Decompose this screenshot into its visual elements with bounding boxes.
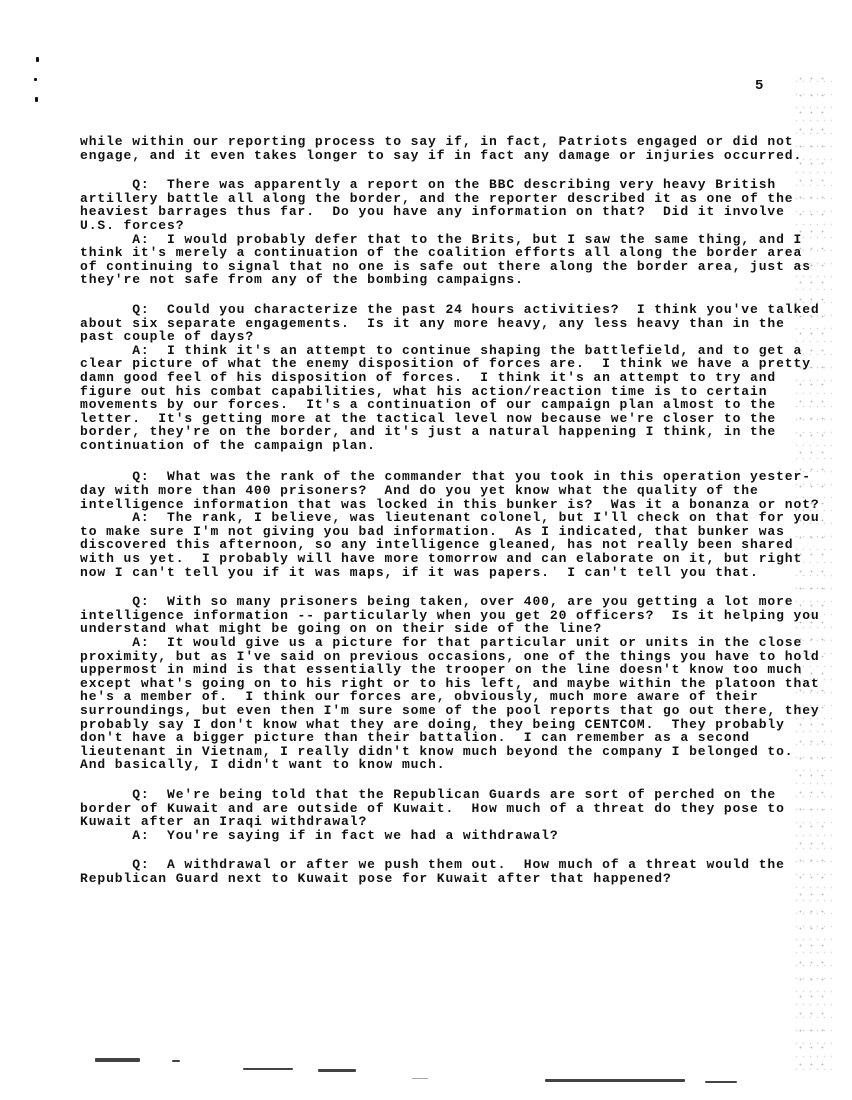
text-line: about six separate engagements. Is it an… [80, 317, 770, 331]
scan-smudge [705, 1081, 737, 1083]
text-line: And basically, I didn't want to know muc… [80, 758, 770, 772]
scan-smudge [318, 1069, 356, 1072]
qa-past-24-hours: Q: Could you characterize the past 24 ho… [80, 303, 770, 453]
qa-withdrawal-threat: Q: A withdrawal or after we push them ou… [80, 858, 770, 885]
text-line: lieutenant in Vietnam, I really didn't k… [80, 745, 770, 759]
margin-mark [34, 78, 37, 81]
text-line: discovered this afternoon, so any intell… [80, 538, 770, 552]
qa-republican-guards: Q: We're being told that the Republican … [80, 788, 770, 842]
question-line: Q: With so many prisoners being taken, o… [80, 595, 770, 609]
scan-smudge [412, 1078, 428, 1079]
text-line: engage, and it even takes longer to say … [80, 149, 770, 163]
question-line: Q: We're being told that the Republican … [80, 788, 770, 802]
scan-smudge [95, 1058, 140, 1062]
text-line: probably say I don't know what they are … [80, 718, 770, 732]
text-line: damn good feel of his disposition of for… [80, 371, 770, 385]
text-line: while within our reporting process to sa… [80, 135, 770, 149]
text-line: day with more than 400 prisoners? And do… [80, 484, 770, 498]
question-line: Q: What was the rank of the commander th… [80, 470, 770, 484]
text-line: Kuwait after an Iraqi withdrawal? [80, 815, 770, 829]
text-line: movements by our forces. It's a continua… [80, 398, 770, 412]
answer-line: A: It would give us a picture for that p… [80, 636, 770, 650]
answer-line: A: The rank, I believe, was lieutenant c… [80, 511, 770, 525]
answer-line: A: I would probably defer that to the Br… [80, 233, 770, 247]
scan-noise [792, 70, 832, 1070]
qa-prisoners-intelligence: Q: With so many prisoners being taken, o… [80, 595, 770, 772]
text-line: clear picture of what the enemy disposit… [80, 357, 770, 371]
document-page: 5 while within our reporting process to … [0, 0, 852, 1100]
text-line: intelligence information that was locked… [80, 498, 770, 512]
text-line: figure out his combat capabilities, what… [80, 385, 770, 399]
text-line: uppermost in mind is that essentially th… [80, 663, 770, 677]
text-line: Republican Guard next to Kuwait pose for… [80, 872, 770, 886]
scan-smudge [243, 1068, 293, 1070]
text-line: past couple of days? [80, 330, 770, 344]
page-number: 5 [755, 78, 763, 94]
text-line: except what's going on to his right or t… [80, 677, 770, 691]
text-line: of continuing to signal that no one is s… [80, 260, 770, 274]
text-line: they're not safe from any of the bombing… [80, 273, 770, 287]
answer-line: A: You're saying if in fact we had a wit… [80, 829, 770, 843]
answer-line: A: I think it's an attempt to continue s… [80, 344, 770, 358]
text-line: proximity, but as I've said on previous … [80, 650, 770, 664]
margin-mark [36, 57, 39, 62]
text-line: he's a member of. I think our forces are… [80, 690, 770, 704]
margin-mark [35, 97, 38, 102]
transcript-body: while within our reporting process to sa… [80, 135, 770, 900]
question-line: Q: There was apparently a report on the … [80, 178, 770, 192]
text-line: intelligence information -- particularly… [80, 609, 770, 623]
question-line: Q: Could you characterize the past 24 ho… [80, 303, 770, 317]
paragraph-continuation: while within our reporting process to sa… [80, 135, 770, 162]
scan-smudge [545, 1079, 685, 1082]
scan-smudge [172, 1060, 180, 1062]
text-line: don't have a bigger picture than their b… [80, 731, 770, 745]
text-line: with us yet. I probably will have more t… [80, 552, 770, 566]
qa-bbc-artillery: Q: There was apparently a report on the … [80, 178, 770, 287]
qa-commander-rank: Q: What was the rank of the commander th… [80, 470, 770, 579]
text-line: border, they're on the border, and it's … [80, 425, 770, 439]
text-line: border of Kuwait and are outside of Kuwa… [80, 802, 770, 816]
text-line: continuation of the campaign plan. [80, 439, 770, 453]
text-line: U.S. forces? [80, 219, 770, 233]
text-line: surroundings, but even then I'm sure som… [80, 704, 770, 718]
text-line: to make sure I'm not giving you bad info… [80, 525, 770, 539]
text-line: understand what might be going on on the… [80, 622, 770, 636]
question-line: Q: A withdrawal or after we push them ou… [80, 858, 770, 872]
text-line: heaviest barrages thus far. Do you have … [80, 205, 770, 219]
text-line: think it's merely a continuation of the … [80, 246, 770, 260]
text-line: letter. It's getting more at the tactica… [80, 412, 770, 426]
text-line: now I can't tell you if it was maps, if … [80, 566, 770, 580]
text-line: artillery battle all along the border, a… [80, 192, 770, 206]
